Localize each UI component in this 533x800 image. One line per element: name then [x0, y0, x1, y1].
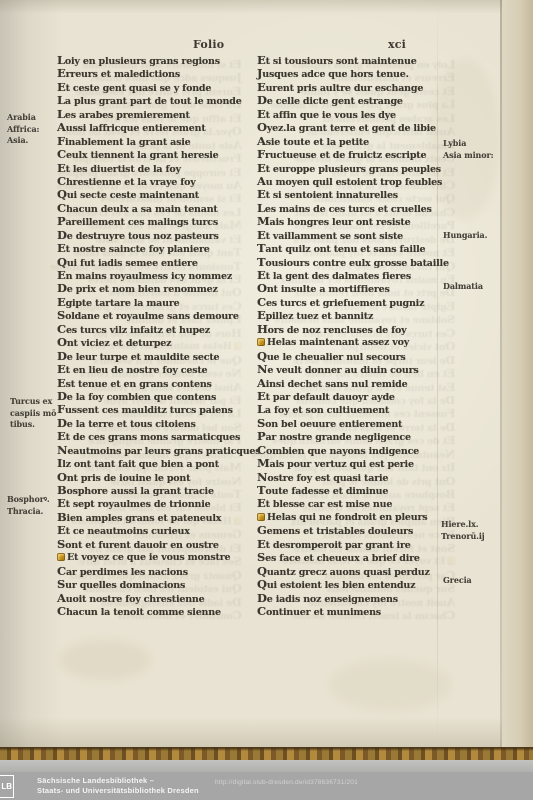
text-line: Helas maintenant assez voy: [257, 336, 457, 349]
text-line: Trenorū.ij: [441, 531, 485, 543]
manuscript-page: Et si tousiours sont maintenueJusques ad…: [0, 0, 533, 747]
margin-note-hungaria: Hungaria.: [443, 230, 487, 242]
text-line: Turcus ex: [10, 396, 56, 408]
text-line: Neautmoins par leurs grans praticques: [57, 444, 253, 457]
text-line: Qui secte ceste maintenant: [57, 188, 253, 201]
library-name-line2: Staats- und Universitätsbibliothek Dresd…: [37, 786, 199, 796]
text-line: Que le cheualier nul secours: [257, 350, 457, 363]
text-line: Finablement la grant asie: [57, 135, 253, 148]
text-line: De destruyre tous noz pasteurs: [57, 229, 253, 242]
text-line: Et vaillamment se sont siste: [257, 229, 457, 242]
text-line: Et si tousiours sont maintenue: [257, 54, 457, 67]
text-line: De iadis noz enseignemens: [257, 592, 457, 605]
text-line: Eurent pris aultre dur eschange: [257, 81, 457, 94]
text-line: Ont viciez et deturpez: [57, 336, 253, 349]
running-head-folio-number: xci: [388, 38, 406, 51]
text-line: Ainsi dechet sans nul remide: [257, 377, 457, 390]
text-line: Qui estoient les bien entenduz: [257, 578, 457, 591]
text-line: Arabia: [7, 112, 39, 124]
text-line: Asie toute et la petite: [257, 135, 457, 148]
text-line: Ces turcs vilz infaitz et hupez: [57, 323, 253, 336]
text-line: Au moyen quil estoient trop feubles: [257, 175, 457, 188]
text-line: Ces turcs et griefuement pugniz: [257, 296, 457, 309]
text-line: Aussi laffricque entierement: [57, 121, 253, 134]
scanned-page-photo: Et si tousiours sont maintenueJusques ad…: [0, 0, 533, 800]
text-line: Ne veult donner au diuin cours: [257, 363, 457, 376]
text-line: Epillez tuez et bannitz: [257, 309, 457, 322]
text-line: Et la gent des dalmates fieres: [257, 269, 457, 282]
text-line: De prix et nom bien renommez: [57, 282, 253, 295]
scanner-footer-band: LB Sächsische Landesbibliothek – Staats-…: [0, 772, 533, 800]
text-line: Ceulx tiennent la grant heresie: [57, 148, 253, 161]
slub-logo-icon: LB: [0, 775, 14, 798]
text-line: Et nostre saincte foy planiere: [57, 242, 253, 255]
right-text-column: Et si tousiours sont maintenueJusques ad…: [257, 54, 457, 618]
text-line: Toute fadesse et diminue: [257, 484, 457, 497]
text-line: Thracia.: [7, 506, 50, 518]
text-line: Tousiours contre eulx grosse bataille: [257, 256, 457, 269]
paper-stain: [60, 640, 150, 680]
text-line: Ses face et cheueux a brief dire: [257, 551, 457, 564]
text-line: Et blesse car est mise nue: [257, 497, 457, 510]
text-line: Et affin que ie vous les dye: [257, 108, 457, 121]
text-line: De celle dicte gent estrange: [257, 94, 457, 107]
text-line: caspiis mō: [10, 408, 56, 420]
text-line: Affrica:: [7, 124, 39, 136]
text-line: Lybia: [443, 138, 493, 150]
text-line: Loiy en plusieurs grans regions: [57, 54, 253, 67]
text-line: Et sept royaulmes de trionnie: [57, 497, 253, 510]
text-line: Son bel oeuure entierement: [257, 417, 457, 430]
paper-stain: [330, 660, 450, 710]
text-line: Auoit nostre foy chrestienne: [57, 592, 253, 605]
text-line: La foy et son cultiuement: [257, 403, 457, 416]
text-line: Bosphorꝰ.: [7, 494, 50, 506]
text-line: En mains royaulmess icy nommez: [57, 269, 253, 282]
digital-source-url: http://digital.slub-dresden.de/id3786367…: [215, 779, 358, 786]
text-line: Oyez.la grant terre et gent de libie: [257, 121, 457, 134]
margin-note-dalmatia: Dalmatia: [443, 281, 483, 293]
text-line: De leur turpe et mauldite secte: [57, 350, 253, 363]
margin-note-lybia: LybiaAsia minor:: [443, 138, 493, 161]
text-line: Et ce neautmoins curieux: [57, 524, 253, 537]
text-line: Fructueuse et de fruictz escripte: [257, 148, 457, 161]
margin-note-turcus: Turcus excaspiis mōtibus.: [10, 396, 56, 431]
text-line: Hors de noz rencluses de foy: [257, 323, 457, 336]
text-line: Et en lieu de nostre foy ceste: [57, 363, 253, 376]
capitulum-mark-icon: [257, 513, 265, 521]
capitulum-mark-icon: [257, 338, 265, 346]
text-line: Chacun la tenoit comme sienne: [57, 605, 253, 618]
text-line: Ont pris de iouine le pont: [57, 471, 253, 484]
text-line: Sur quelles dominacions: [57, 578, 253, 591]
text-line: Combien que nayons indigence: [257, 444, 457, 457]
text-line: Et de ces grans mons sarmaticques: [57, 430, 253, 443]
text-line: Et europpe plusieurs grans peuples: [257, 162, 457, 175]
text-line: Et si sentoient innaturelles: [257, 188, 457, 201]
text-line: Hiere.lx.: [441, 519, 485, 531]
text-line: Erreurs et maledictions: [57, 67, 253, 80]
text-line: Quantz grecz auons quasi perduz: [257, 565, 457, 578]
text-line: Hungaria.: [443, 230, 487, 242]
pencil-foliation-mark: 96: [505, 722, 513, 731]
text-line: Sont et furent dauoir en oustre: [57, 538, 253, 551]
text-line: Et voyez ce que ie vous monstre: [57, 551, 253, 564]
text-line: Bosphore aussi la grant tracie: [57, 484, 253, 497]
text-line: Ont insulte a mortiffieres: [257, 282, 457, 295]
text-line: Mais pour vertuz qui est perie: [257, 457, 457, 470]
capitulum-mark-icon: [57, 553, 65, 561]
library-name-line1: Sächsische Landesbibliothek –: [37, 776, 199, 786]
text-line: Asia.: [7, 135, 39, 147]
text-line: Chrestienne et la vraye foy: [57, 175, 253, 188]
text-line: Les mains de ces turcs et cruelles: [257, 202, 457, 215]
left-text-column: Loiy en plusieurs grans regionsErreurs e…: [57, 54, 253, 618]
text-line: Ilz ont tant fait que bien a pont: [57, 457, 253, 470]
text-line: De la foy combien que contens: [57, 390, 253, 403]
library-name: Sächsische Landesbibliothek – Staats- un…: [37, 776, 199, 795]
text-line: Et desromperoit par grant ire: [257, 538, 457, 551]
text-line: Fussent ces maulditz turcs paiens: [57, 403, 253, 416]
gilt-book-edge: [0, 747, 533, 760]
text-line: Soldane et royaulme sans demoure: [57, 309, 253, 322]
text-line: De la terre et tous citoiens: [57, 417, 253, 430]
text-line: Est tenue et en grans contens: [57, 377, 253, 390]
margin-note-hiere-trenorum: Hiere.lx.Trenorū.ij: [441, 519, 485, 542]
text-line: Chacun deulx a sa main tenant: [57, 202, 253, 215]
text-line: Et ceste gent quasi se y fonde: [57, 81, 253, 94]
text-line: Bien amples grans et pateneulx: [57, 511, 253, 524]
text-line: Et les diuertist de la foy: [57, 162, 253, 175]
text-line: Nostre foy est quasi tarie: [257, 471, 457, 484]
text-line: Pareillement ces malings turcs: [57, 215, 253, 228]
text-line: Qui fut iadis semee entiere: [57, 256, 253, 269]
margin-note-bosphorus: Bosphorꝰ.Thracia.: [7, 494, 50, 517]
text-line: Mais hongres leur ont resiste: [257, 215, 457, 228]
text-line: Les arabes premierement: [57, 108, 253, 121]
text-line: Jusques adce que hors tenue.: [257, 67, 457, 80]
margin-note-arabia: ArabiaAffrica:Asia.: [7, 112, 39, 147]
text-line: Helas qui ne fondroit en pleurs: [257, 511, 457, 524]
text-line: Tant quilz ont tenu et sans faille: [257, 242, 457, 255]
text-line: Continuer et munimens: [257, 605, 457, 618]
text-line: Egipte tartare la maure: [57, 296, 253, 309]
running-head-folio-label: Folio: [193, 38, 224, 51]
margin-note-grecia: Grecia: [443, 575, 472, 587]
text-line: Asia minor:: [443, 150, 493, 162]
text-line: La plus grant part de tout le monde: [57, 94, 253, 107]
text-line: Dalmatia: [443, 281, 483, 293]
scanner-background-strip: [0, 760, 533, 772]
text-line: Car perdimes les nacions: [57, 565, 253, 578]
text-line: Et par default dauoyr ayde: [257, 390, 457, 403]
text-line: Grecia: [443, 575, 472, 587]
text-line: tibus.: [10, 419, 56, 431]
text-line: Gemens et tristables douleurs: [257, 524, 457, 537]
text-line: Par nostre grande negligence: [257, 430, 457, 443]
